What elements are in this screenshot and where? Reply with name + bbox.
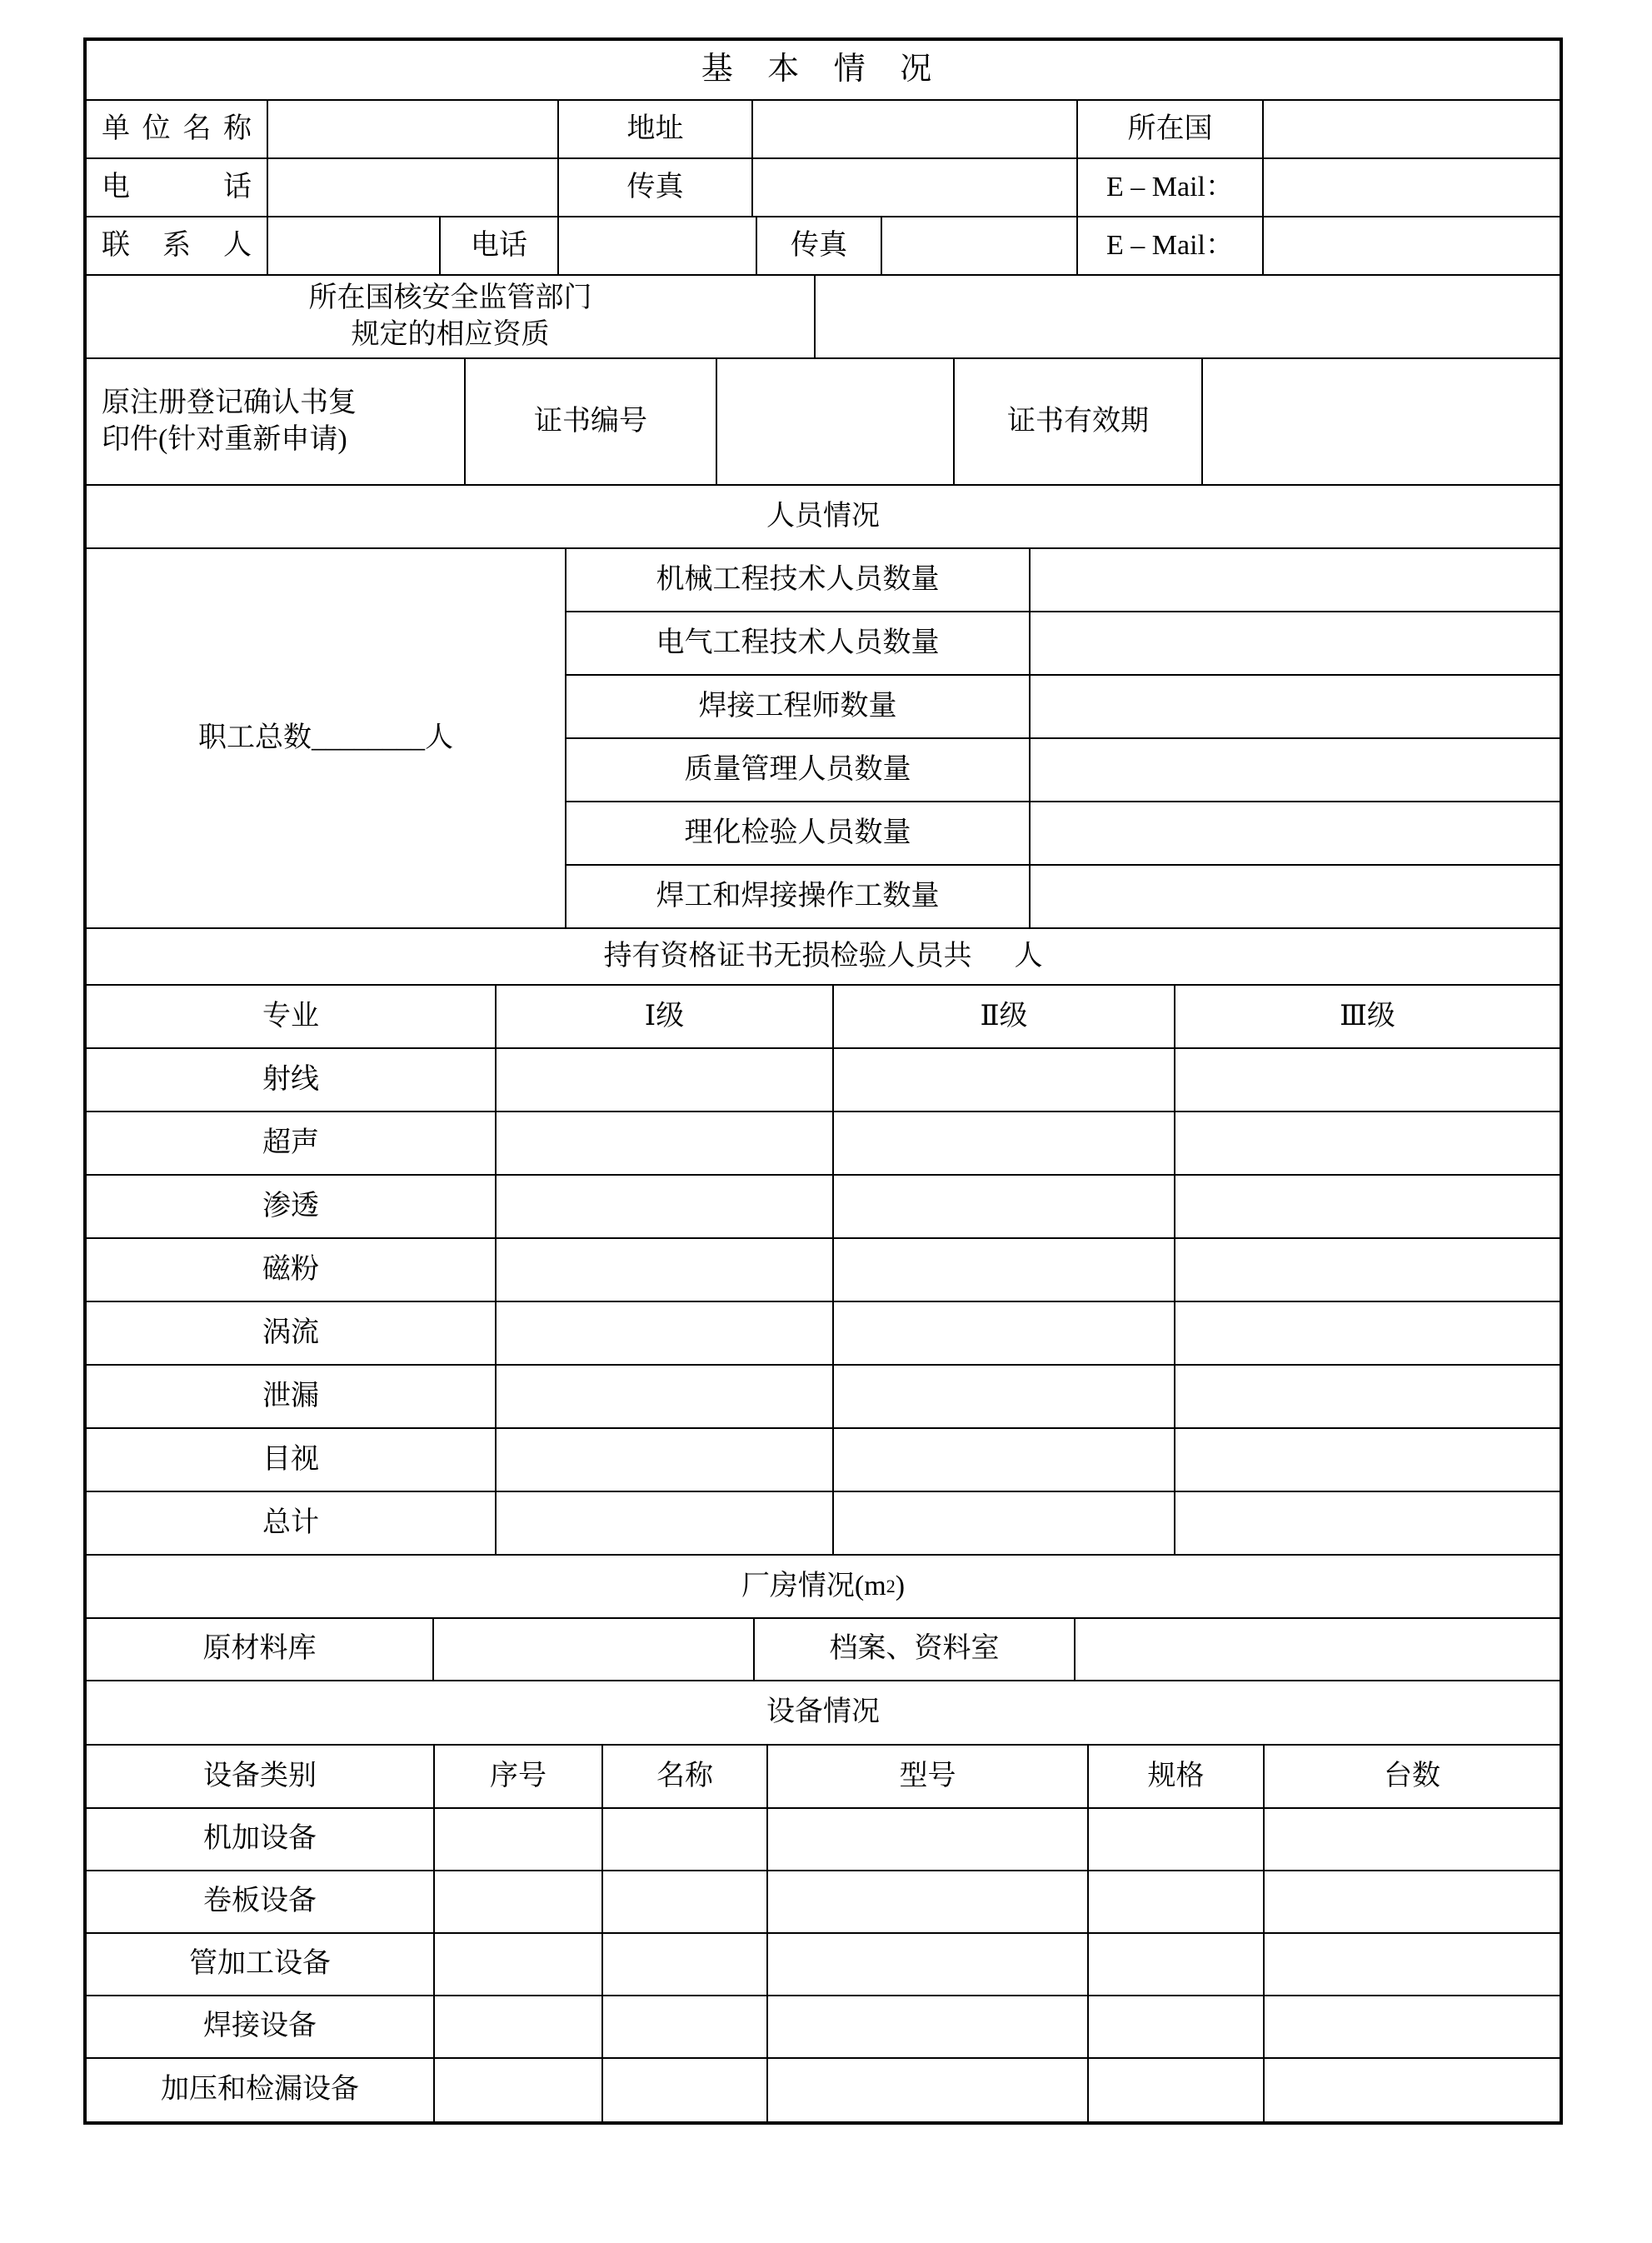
personnel-count-row: 质量管理人员数量 bbox=[566, 739, 1560, 802]
equipment-name-input-cell[interactable] bbox=[603, 2059, 768, 2121]
ndt-summary-label: 持有资格证书无损检验人员共 人 bbox=[87, 929, 1560, 984]
equipment-spec-input-cell[interactable] bbox=[1089, 1934, 1265, 1995]
equipment-model-input-cell[interactable] bbox=[768, 2059, 1089, 2121]
equipment-header-category: 设备类别 bbox=[87, 1746, 435, 1807]
ndt-row-label: 总计 bbox=[87, 1492, 497, 1554]
personnel-count-row: 机械工程技术人员数量 bbox=[566, 549, 1560, 612]
equipment-header-name: 名称 bbox=[603, 1746, 768, 1807]
ndt-row-penetrant: 渗透 bbox=[87, 1176, 1560, 1239]
equipment-serial-input-cell[interactable] bbox=[435, 1871, 603, 1932]
email-label: E – Mail： bbox=[1078, 159, 1264, 216]
contact-email-label: E – Mail： bbox=[1078, 217, 1264, 274]
equipment-header-quantity: 台数 bbox=[1265, 1746, 1560, 1807]
equipment-spec-input-cell[interactable] bbox=[1089, 2059, 1265, 2121]
electrical-engineers-label: 电气工程技术人员数量 bbox=[566, 612, 1031, 674]
contact-label: 联系人 bbox=[87, 217, 268, 274]
ndt-header-level1: Ⅰ级 bbox=[497, 986, 834, 1047]
equipment-model-input-cell[interactable] bbox=[768, 1934, 1089, 1995]
personnel-count-row: 焊工和焊接操作工数量 bbox=[566, 866, 1560, 927]
welders-operators-label: 焊工和焊接操作工数量 bbox=[566, 866, 1031, 927]
personnel-count-row: 焊接工程师数量 bbox=[566, 676, 1560, 739]
ndt-header-row: 专业 Ⅰ级 Ⅱ级 Ⅲ级 bbox=[87, 986, 1560, 1049]
electrical-engineers-input-cell[interactable] bbox=[1031, 612, 1560, 674]
ndt-row-label: 磁粉 bbox=[87, 1239, 497, 1301]
certificate-no-input-cell[interactable] bbox=[717, 359, 955, 484]
equipment-category-label: 卷板设备 bbox=[87, 1871, 435, 1932]
ndt-row-label: 涡流 bbox=[87, 1302, 497, 1364]
equipment-serial-input-cell[interactable] bbox=[435, 1809, 603, 1870]
equipment-serial-input-cell[interactable] bbox=[435, 1996, 603, 2057]
ndt-level1-input-cell[interactable] bbox=[497, 1239, 834, 1301]
ndt-row-visual: 目视 bbox=[87, 1429, 1560, 1492]
equipment-name-input-cell[interactable] bbox=[603, 1996, 768, 2057]
equipment-name-input-cell[interactable] bbox=[603, 1934, 768, 1995]
personnel-count-row: 理化检验人员数量 bbox=[566, 802, 1560, 866]
ndt-row-eddy-current: 涡流 bbox=[87, 1302, 1560, 1366]
personnel-section-row: 人员情况 bbox=[87, 486, 1560, 549]
title-row: 基 本 情 况 bbox=[87, 41, 1560, 101]
quality-management-label: 质量管理人员数量 bbox=[566, 739, 1031, 801]
ndt-level2-input-cell[interactable] bbox=[834, 1302, 1175, 1364]
ndt-level2-input-cell[interactable] bbox=[834, 1112, 1175, 1174]
contact-phone-input-cell[interactable] bbox=[559, 217, 757, 274]
staff-total-label: 职工总数________人 bbox=[87, 549, 566, 927]
equipment-section-title: 设备情况 bbox=[87, 1681, 1560, 1744]
certificate-no-label: 证书编号 bbox=[466, 359, 717, 484]
ndt-level3-input-cell[interactable] bbox=[1175, 1366, 1560, 1427]
address-label: 地址 bbox=[559, 101, 753, 157]
unit-name-row: 单位名称 地址 所在国 bbox=[87, 101, 1560, 159]
equipment-row-pressure-leak-test: 加压和检漏设备 bbox=[87, 2059, 1560, 2121]
ndt-row-label: 目视 bbox=[87, 1429, 497, 1491]
personnel-counts-block: 职工总数________人 机械工程技术人员数量 电气工程技术人员数量 焊接工程… bbox=[87, 549, 1560, 929]
ndt-level2-input-cell[interactable] bbox=[834, 1429, 1175, 1491]
equipment-quantity-input-cell[interactable] bbox=[1265, 1934, 1560, 1995]
quality-management-input-cell[interactable] bbox=[1031, 739, 1560, 801]
equipment-quantity-input-cell[interactable] bbox=[1265, 1996, 1560, 2057]
equipment-category-label: 管加工设备 bbox=[87, 1934, 435, 1995]
equipment-name-input-cell[interactable] bbox=[603, 1871, 768, 1932]
ndt-level1-input-cell[interactable] bbox=[497, 1302, 834, 1364]
ndt-row-radiographic: 射线 bbox=[87, 1049, 1560, 1112]
unit-name-label: 单位名称 bbox=[87, 101, 268, 157]
equipment-name-input-cell[interactable] bbox=[603, 1809, 768, 1870]
fax-label: 传真 bbox=[559, 159, 753, 216]
equipment-header-serial: 序号 bbox=[435, 1746, 603, 1807]
ndt-level1-input-cell[interactable] bbox=[497, 1176, 834, 1237]
ndt-header-specialty: 专业 bbox=[87, 986, 497, 1047]
welders-operators-input-cell[interactable] bbox=[1031, 866, 1560, 927]
factory-section-title: 厂房情况(m2) bbox=[87, 1556, 1560, 1617]
ndt-level1-input-cell[interactable] bbox=[497, 1366, 834, 1427]
ndt-row-label: 泄漏 bbox=[87, 1366, 497, 1427]
equipment-model-input-cell[interactable] bbox=[768, 1871, 1089, 1932]
ndt-row-label: 渗透 bbox=[87, 1176, 497, 1237]
equipment-row-pipe-processing: 管加工设备 bbox=[87, 1934, 1560, 1996]
ndt-level3-input-cell[interactable] bbox=[1175, 1429, 1560, 1491]
ndt-level2-input-cell[interactable] bbox=[834, 1239, 1175, 1301]
ndt-row-label: 超声 bbox=[87, 1112, 497, 1174]
equipment-row-welding: 焊接设备 bbox=[87, 1996, 1560, 2059]
physicochemical-testers-label: 理化检验人员数量 bbox=[566, 802, 1031, 864]
equipment-serial-input-cell[interactable] bbox=[435, 1934, 603, 1995]
ndt-row-magnetic: 磁粉 bbox=[87, 1239, 1560, 1302]
equipment-quantity-input-cell[interactable] bbox=[1265, 2059, 1560, 2121]
ndt-row-ultrasonic: 超声 bbox=[87, 1112, 1560, 1176]
archives-room-label: 档案、资料室 bbox=[755, 1619, 1076, 1680]
contact-row: 联系人 电话 传真 E – Mail： bbox=[87, 217, 1560, 276]
mechanical-engineers-label: 机械工程技术人员数量 bbox=[566, 549, 1031, 611]
equipment-row-plate-rolling: 卷板设备 bbox=[87, 1871, 1560, 1934]
ndt-summary-row: 持有资格证书无损检验人员共 人 bbox=[87, 929, 1560, 986]
ndt-row-total: 总计 bbox=[87, 1492, 1560, 1556]
equipment-model-input-cell[interactable] bbox=[768, 1809, 1089, 1870]
certificate-validity-label: 证书有效期 bbox=[955, 359, 1203, 484]
phone-label: 电话 bbox=[87, 159, 268, 216]
ndt-level2-input-cell[interactable] bbox=[834, 1492, 1175, 1554]
regulator-qualification-input-cell[interactable] bbox=[816, 276, 1560, 357]
equipment-section-row: 设备情况 bbox=[87, 1681, 1560, 1746]
ndt-level3-input-cell[interactable] bbox=[1175, 1112, 1560, 1174]
form-title: 基 本 情 况 bbox=[87, 41, 1560, 99]
equipment-spec-input-cell[interactable] bbox=[1089, 1871, 1265, 1932]
ndt-level3-input-cell[interactable] bbox=[1175, 1049, 1560, 1111]
ndt-level2-input-cell[interactable] bbox=[834, 1366, 1175, 1427]
fax-input-cell[interactable] bbox=[753, 159, 1078, 216]
raw-material-warehouse-label: 原材料库 bbox=[87, 1619, 434, 1680]
ndt-header-level2: Ⅱ级 bbox=[834, 986, 1175, 1047]
contact-input-cell[interactable] bbox=[268, 217, 441, 274]
factory-section-row: 厂房情况(m2) bbox=[87, 1556, 1560, 1619]
equipment-category-label: 加压和检漏设备 bbox=[87, 2059, 435, 2121]
country-label: 所在国 bbox=[1078, 101, 1264, 157]
equipment-serial-input-cell[interactable] bbox=[435, 2059, 603, 2121]
address-input-cell[interactable] bbox=[753, 101, 1078, 157]
contact-fax-label: 传真 bbox=[757, 217, 882, 274]
equipment-quantity-input-cell[interactable] bbox=[1265, 1809, 1560, 1870]
equipment-spec-input-cell[interactable] bbox=[1089, 1809, 1265, 1870]
personnel-section-title: 人员情况 bbox=[87, 486, 1560, 547]
original-registration-label: 原注册登记确认书复 印件(针对重新申请) bbox=[87, 359, 466, 484]
raw-material-warehouse-input-cell[interactable] bbox=[434, 1619, 755, 1680]
ndt-level3-input-cell[interactable] bbox=[1175, 1492, 1560, 1554]
certificate-validity-input-cell[interactable] bbox=[1203, 359, 1560, 484]
physicochemical-testers-input-cell[interactable] bbox=[1031, 802, 1560, 864]
contact-phone-label: 电话 bbox=[441, 217, 559, 274]
equipment-quantity-input-cell[interactable] bbox=[1265, 1871, 1560, 1932]
ndt-level3-input-cell[interactable] bbox=[1175, 1239, 1560, 1301]
welding-engineers-input-cell[interactable] bbox=[1031, 676, 1560, 737]
equipment-header-model: 型号 bbox=[768, 1746, 1089, 1807]
ndt-level3-input-cell[interactable] bbox=[1175, 1176, 1560, 1237]
email-input-cell[interactable] bbox=[1264, 159, 1560, 216]
personnel-count-row: 电气工程技术人员数量 bbox=[566, 612, 1560, 676]
contact-email-input-cell[interactable] bbox=[1264, 217, 1560, 274]
regulator-qualification-row: 所在国核安全监管部门 规定的相应资质 bbox=[87, 276, 1560, 359]
ndt-header-level3: Ⅲ级 bbox=[1175, 986, 1560, 1047]
ndt-level1-input-cell[interactable] bbox=[497, 1429, 834, 1491]
equipment-header-spec: 规格 bbox=[1089, 1746, 1265, 1807]
form-page: 基 本 情 况 单位名称 地址 所在国 电话 传真 E – Mail： bbox=[0, 0, 1652, 2243]
equipment-row-machining: 机加设备 bbox=[87, 1809, 1560, 1871]
ndt-level1-input-cell[interactable] bbox=[497, 1049, 834, 1111]
equipment-spec-input-cell[interactable] bbox=[1089, 1996, 1265, 2057]
archives-room-input-cell[interactable] bbox=[1076, 1619, 1560, 1680]
welding-engineers-label: 焊接工程师数量 bbox=[566, 676, 1031, 737]
ndt-row-leak: 泄漏 bbox=[87, 1366, 1560, 1429]
country-input-cell[interactable] bbox=[1264, 101, 1560, 157]
ndt-level2-input-cell[interactable] bbox=[834, 1176, 1175, 1237]
equipment-category-label: 机加设备 bbox=[87, 1809, 435, 1870]
phone-row: 电话 传真 E – Mail： bbox=[87, 159, 1560, 217]
phone-input-cell[interactable] bbox=[268, 159, 559, 216]
unit-name-input-cell[interactable] bbox=[268, 101, 559, 157]
equipment-header-row: 设备类别 序号 名称 型号 规格 台数 bbox=[87, 1746, 1560, 1809]
ndt-row-label: 射线 bbox=[87, 1049, 497, 1111]
mechanical-engineers-input-cell[interactable] bbox=[1031, 549, 1560, 611]
personnel-counts-column: 机械工程技术人员数量 电气工程技术人员数量 焊接工程师数量 质量管理人员数量 理… bbox=[566, 549, 1560, 927]
ndt-level1-input-cell[interactable] bbox=[497, 1492, 834, 1554]
equipment-category-label: 焊接设备 bbox=[87, 1996, 435, 2057]
ndt-level1-input-cell[interactable] bbox=[497, 1112, 834, 1174]
registration-certificate-row: 原注册登记确认书复 印件(针对重新申请) 证书编号 证书有效期 bbox=[87, 359, 1560, 486]
equipment-model-input-cell[interactable] bbox=[768, 1996, 1089, 2057]
regulator-qualification-label: 所在国核安全监管部门 规定的相应资质 bbox=[87, 276, 816, 357]
factory-areas-row: 原材料库 档案、资料室 bbox=[87, 1619, 1560, 1681]
ndt-level2-input-cell[interactable] bbox=[834, 1049, 1175, 1111]
basic-information-table: 基 本 情 况 单位名称 地址 所在国 电话 传真 E – Mail： bbox=[83, 37, 1563, 2125]
ndt-level3-input-cell[interactable] bbox=[1175, 1302, 1560, 1364]
contact-fax-input-cell[interactable] bbox=[882, 217, 1078, 274]
